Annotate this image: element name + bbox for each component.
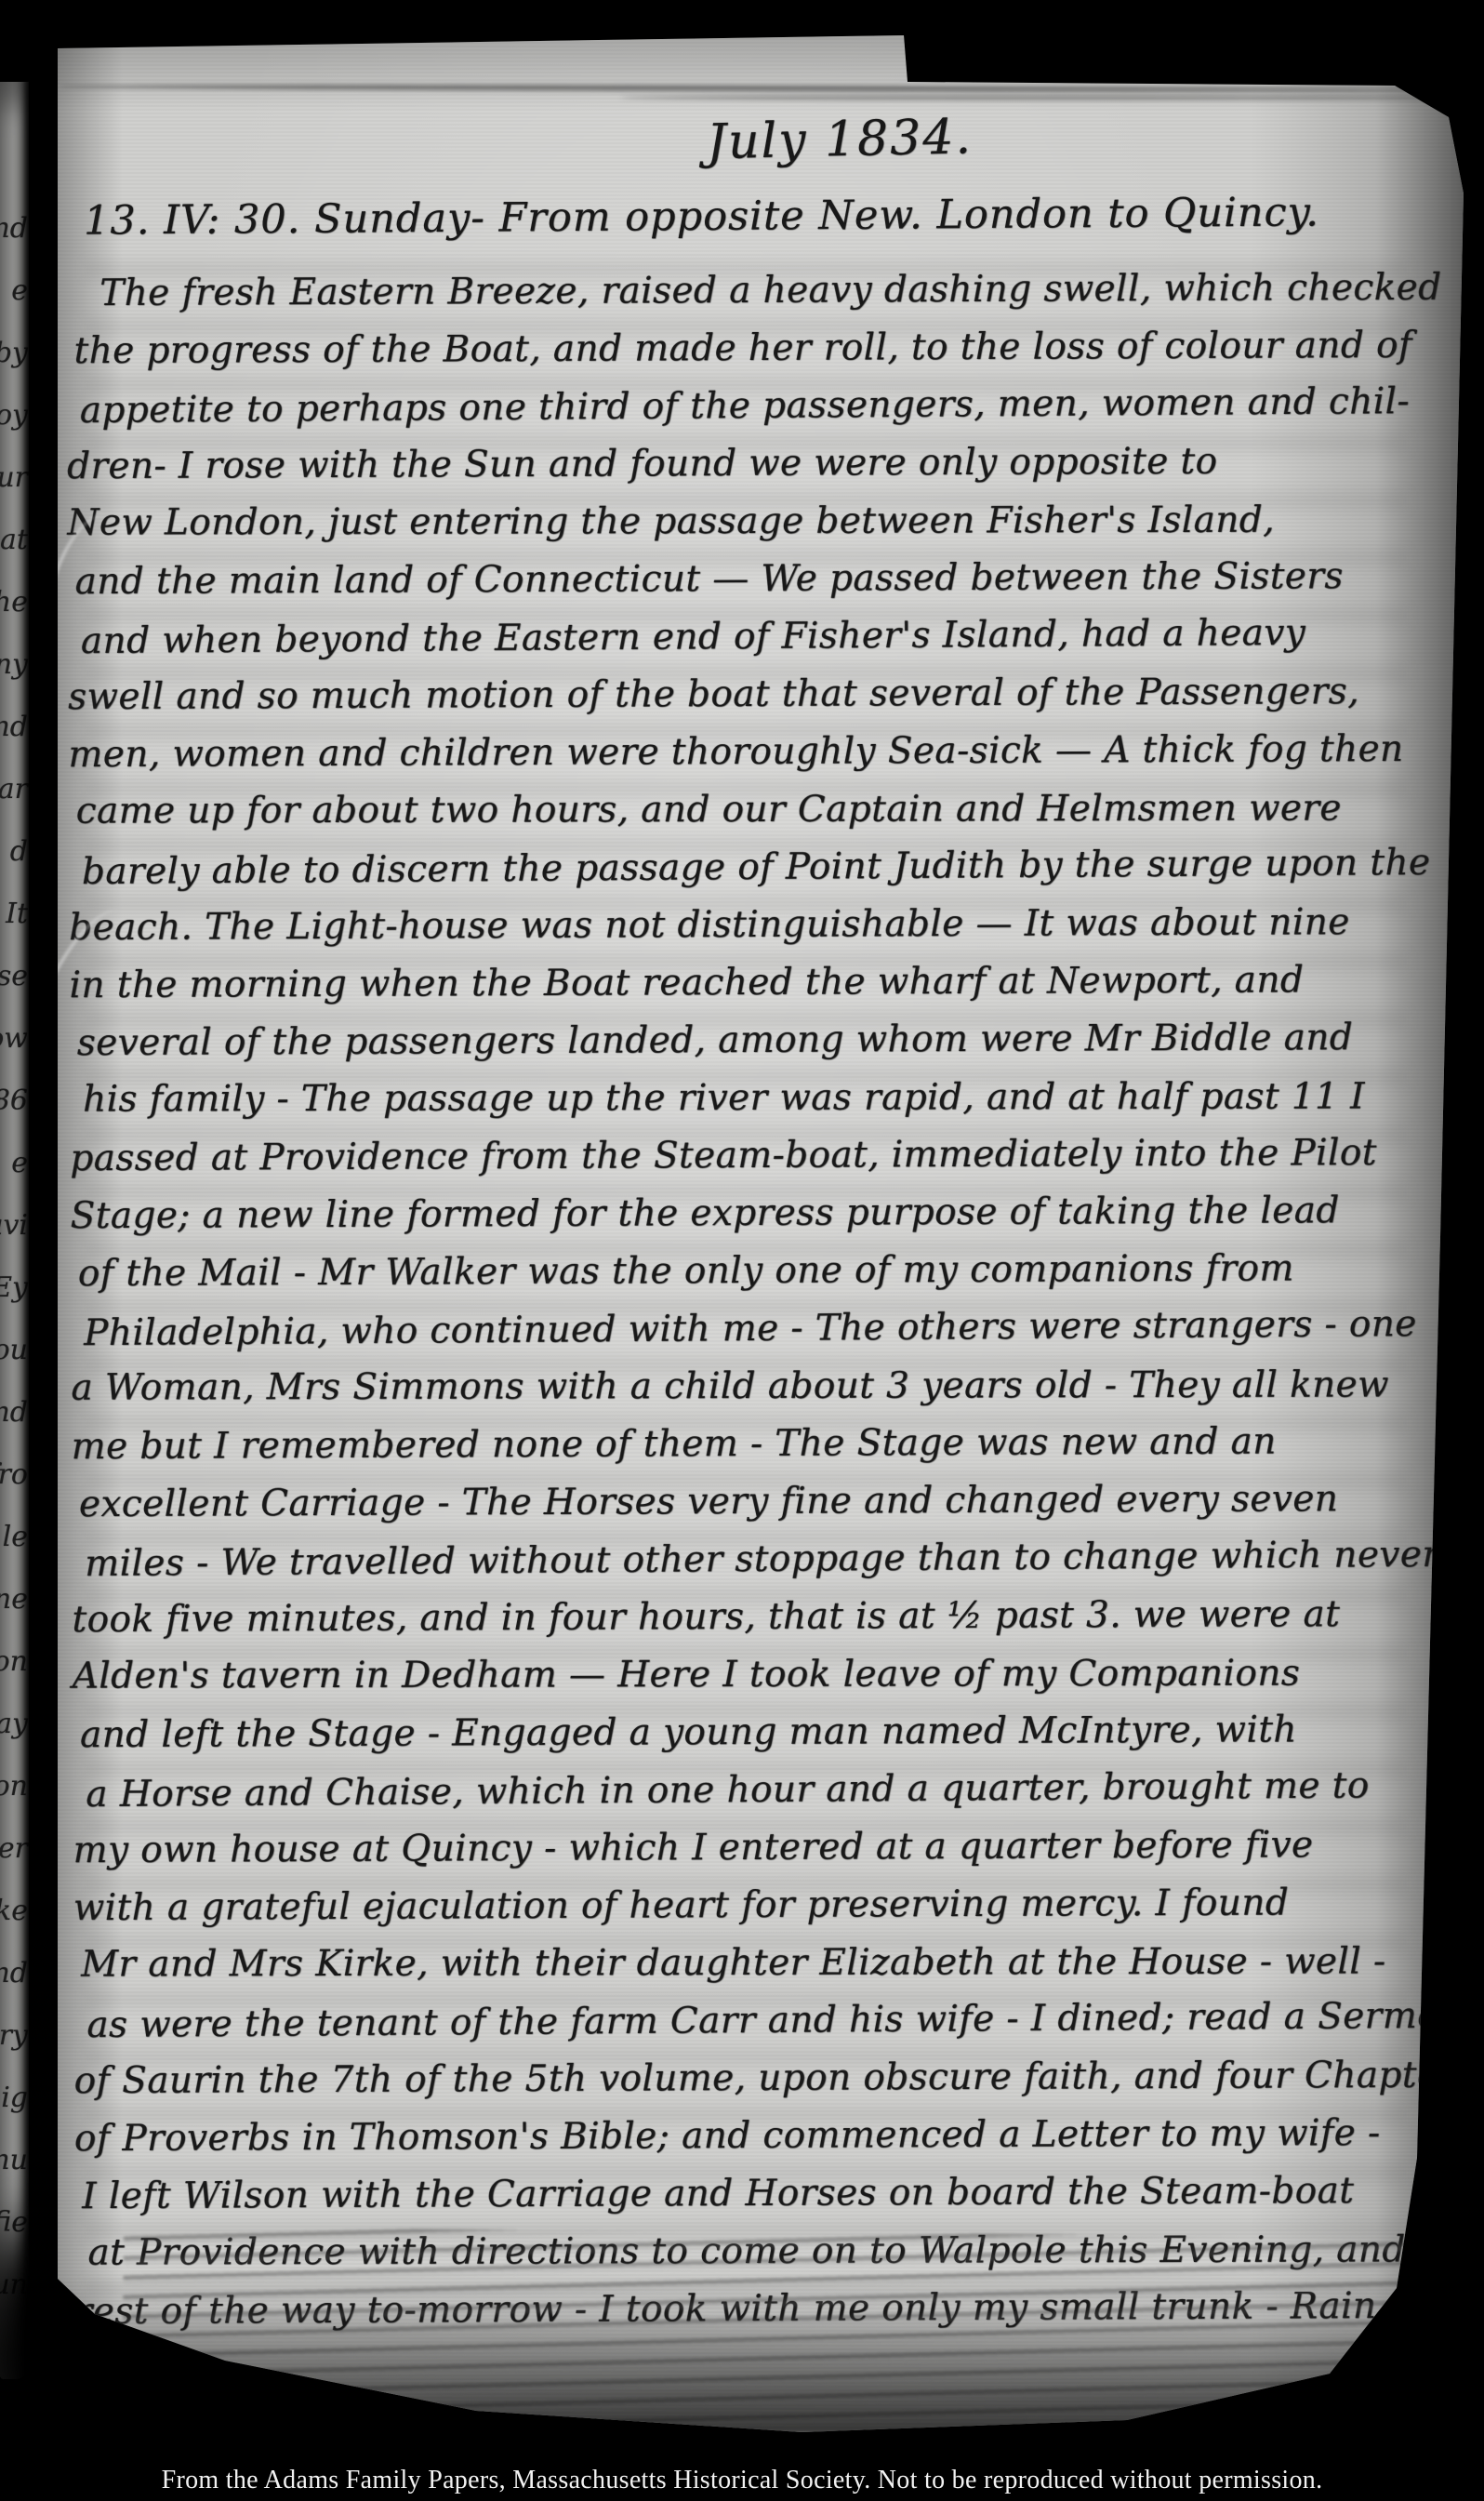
page-bottom-edge-striations <box>122 2227 1455 2438</box>
manuscript-line: the progress of the Boat, and made her r… <box>73 317 1435 380</box>
manuscript-line: Stage; a new line formed for the express… <box>70 1182 1438 1245</box>
manuscript-line: Alden's tavern in Dedham — Here I took l… <box>73 1644 1441 1705</box>
manuscript-line: me but I remembered none of them - The S… <box>72 1413 1440 1476</box>
manuscript-line: of the Mail - Mr Walker was the only one… <box>78 1240 1439 1303</box>
manuscript-line: miles - We travelled without other stopp… <box>85 1526 1440 1593</box>
manuscript-line: passed at Providence from the Steam-boat… <box>70 1124 1438 1188</box>
manuscript-line: several of the passengers landed, among … <box>77 1009 1438 1072</box>
entry-month-heading: July 1834. <box>58 99 1464 184</box>
entry-body-text: The fresh Eastern Breeze, raised a heavy… <box>66 259 1444 2341</box>
source-caption: From the Adams Family Papers, Massachuse… <box>0 2466 1484 2495</box>
entry-dateline: 13. IV: 30. Sunday- From opposite New. L… <box>84 189 1319 244</box>
manuscript-line: and left the Stage - Engaged a young man… <box>80 1701 1441 1764</box>
manuscript-line: of Saurin the 7th of the 5th volume, upo… <box>74 2047 1443 2110</box>
manuscript-line: and when beyond the Eastern end of Fishe… <box>81 604 1437 671</box>
manuscript-line: I left Wilson with the Carriage and Hors… <box>82 2162 1443 2226</box>
manuscript-line: of Proverbs in Thomson's Bible; and comm… <box>74 2105 1443 2168</box>
manuscript-line: with a grateful ejaculation of heart for… <box>73 1874 1442 1937</box>
manuscript-line: a Woman, Mrs Simmons with a child about … <box>71 1356 1439 1417</box>
manuscript-line: a Horse and Chaise, which in one hour an… <box>86 1757 1441 1824</box>
manuscript-line: The fresh Eastern Breeze, raised a heavy… <box>99 259 1435 323</box>
manuscript-line: Mr and Mrs Kirke, with their daughter El… <box>81 1933 1442 1993</box>
manuscript-line: took five minutes, and in four hours, th… <box>72 1586 1440 1649</box>
manuscript-line: my own house at Quincy - which I entered… <box>73 1816 1441 1880</box>
manuscript-line: men, women and children were thoroughly … <box>68 721 1437 784</box>
manuscript-line: New London, just entering the passage be… <box>67 491 1436 552</box>
page-top-seam <box>58 84 1458 93</box>
manuscript-line: came up for about two hours, and our Cap… <box>76 779 1438 840</box>
manuscript-line: his family - The passage up the river wa… <box>83 1068 1438 1128</box>
manuscript-line: beach. The Light-house was not distingui… <box>69 894 1438 957</box>
manuscript-line: and the main land of Connecticut — We pa… <box>74 548 1436 611</box>
manuscript-line: in the morning when the Boat reached the… <box>69 951 1438 1015</box>
page-top-seam-secondary <box>620 95 1464 100</box>
manuscript-line: excellent Carriage - The Horses very fin… <box>79 1470 1440 1534</box>
manuscript-line: dren- I rose with the Sun and found we w… <box>67 432 1436 496</box>
manuscript-line: swell and so much motion of the boat tha… <box>68 663 1437 726</box>
manuscript-line: Philadelphia, who continued with me - Th… <box>84 1296 1439 1363</box>
manuscript-line: as were the tenant of the farm Carr and … <box>86 1988 1442 2055</box>
manuscript-line: barely able to discern the passage of Po… <box>82 834 1438 901</box>
manuscript-line: appetite to perhaps one third of the pas… <box>80 373 1436 440</box>
manuscript-page: July 1834. 13. IV: 30. Sunday- From oppo… <box>58 28 1464 2432</box>
scan-background: nded byboyt fouroat.ng thenyndards. Itos… <box>0 0 1484 2501</box>
book-gutter-shadow <box>24 65 61 2409</box>
